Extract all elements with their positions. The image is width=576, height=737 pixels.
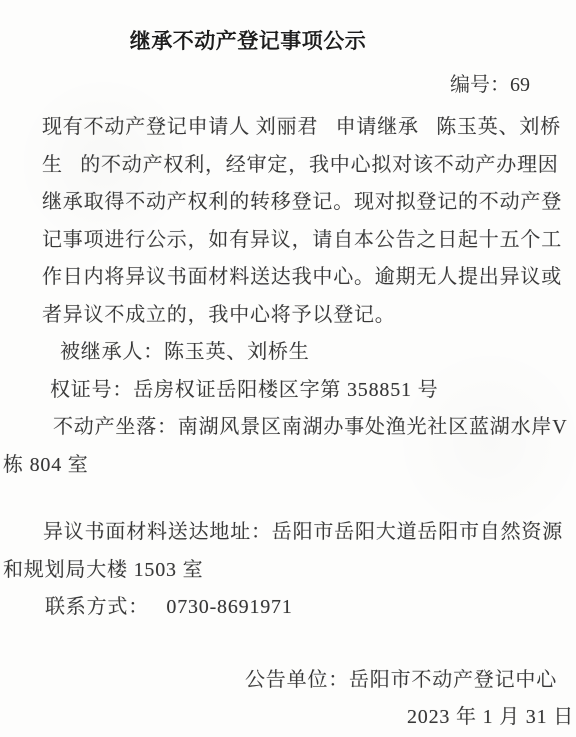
- paragraph-line: 继承取得不动产权利的转移登记。现对拟登记的不动产登: [0, 181, 576, 219]
- paragraph-line: 生 的不动产权利，经审定，我中心拟对该不动产办理因: [0, 144, 576, 182]
- paragraph-line: 作日内将异议书面材料送达我中心。逾期无人提出异议或: [0, 256, 576, 294]
- page-title: 继承不动产登记事项公示: [130, 24, 367, 58]
- property-location-line: 不动产坐落：南湖风景区南湖办事处渔光社区蓝湖水岸V: [0, 406, 576, 444]
- property-location-continuation: 栋 804 室: [0, 444, 576, 482]
- issuing-authority-line: 公告单位：岳阳市不动产登记中心: [0, 659, 576, 697]
- certificate-number-line: 权证号：岳房权证岳阳楼区字第 358851 号: [0, 369, 576, 407]
- decedent-line: 被继承人：陈玉英、刘桥生: [0, 331, 576, 369]
- notice-body: 现有不动产登记申请人 刘丽君 申请继承 陈玉英、刘桥 生 的不动产权利，经审定，…: [0, 106, 576, 734]
- title-row: 继承不动产登记事项公示: [0, 0, 576, 58]
- objection-address-line: 异议书面材料送达地址：岳阳市岳阳大道岳阳市自然资源: [0, 511, 576, 549]
- blank-line: [0, 481, 576, 511]
- paragraph-line: 者异议不成立的，我中心将予以登记。: [0, 294, 576, 332]
- paragraph-line: 现有不动产登记申请人 刘丽君 申请继承 陈玉英、刘桥: [0, 106, 576, 144]
- objection-address-continuation: 和规划局大楼 1503 室: [0, 549, 576, 587]
- blank-line: [0, 624, 576, 659]
- issue-date-line: 2023 年 1 月 31 日: [0, 696, 576, 734]
- scanned-notice-document: 继承不动产登记事项公示 编号：69 现有不动产登记申请人 刘丽君 申请继承 陈玉…: [0, 0, 576, 737]
- contact-phone-line: 联系方式： 0730-8691971: [0, 586, 576, 624]
- paragraph-line: 记事项进行公示，如有异议，请自本公告之日起十五个工: [0, 219, 576, 257]
- doc-number: 编号：69: [0, 70, 576, 100]
